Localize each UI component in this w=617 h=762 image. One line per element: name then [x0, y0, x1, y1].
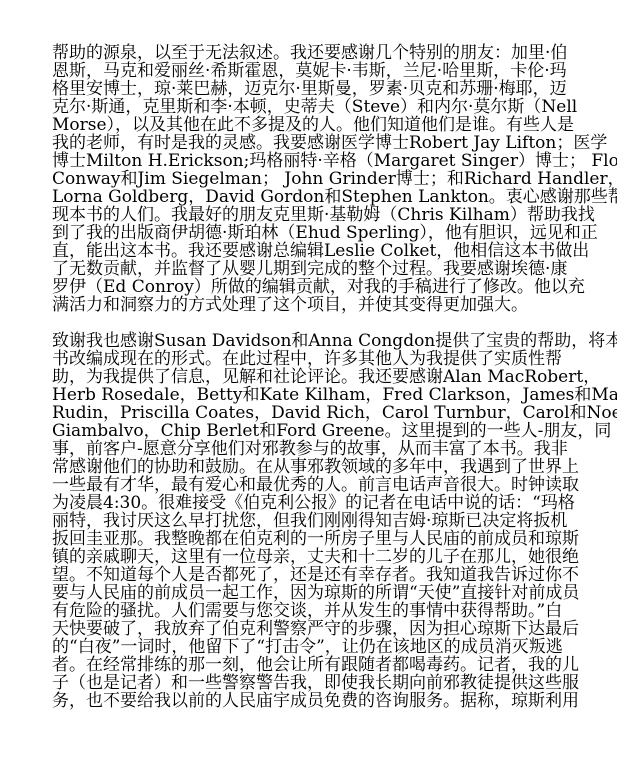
text-content: 帮助的源泉，以至于无法叙述。我还要感谢几个特别的朋友：加里·伯 恩斯，马克和爱丽…	[52, 44, 608, 728]
document-page: 帮助的源泉，以至于无法叙述。我还要感谢几个特别的朋友：加里·伯 恩斯，马克和爱丽…	[0, 0, 617, 762]
paragraph-acknowledgments-continued: 致谢我也感谢Susan Davidson和Anna Congdon提供了宝贵的帮…	[52, 332, 608, 710]
paragraph-acknowledgments: 帮助的源泉，以至于无法叙述。我还要感谢几个特别的朋友：加里·伯 恩斯，马克和爱丽…	[52, 44, 608, 314]
